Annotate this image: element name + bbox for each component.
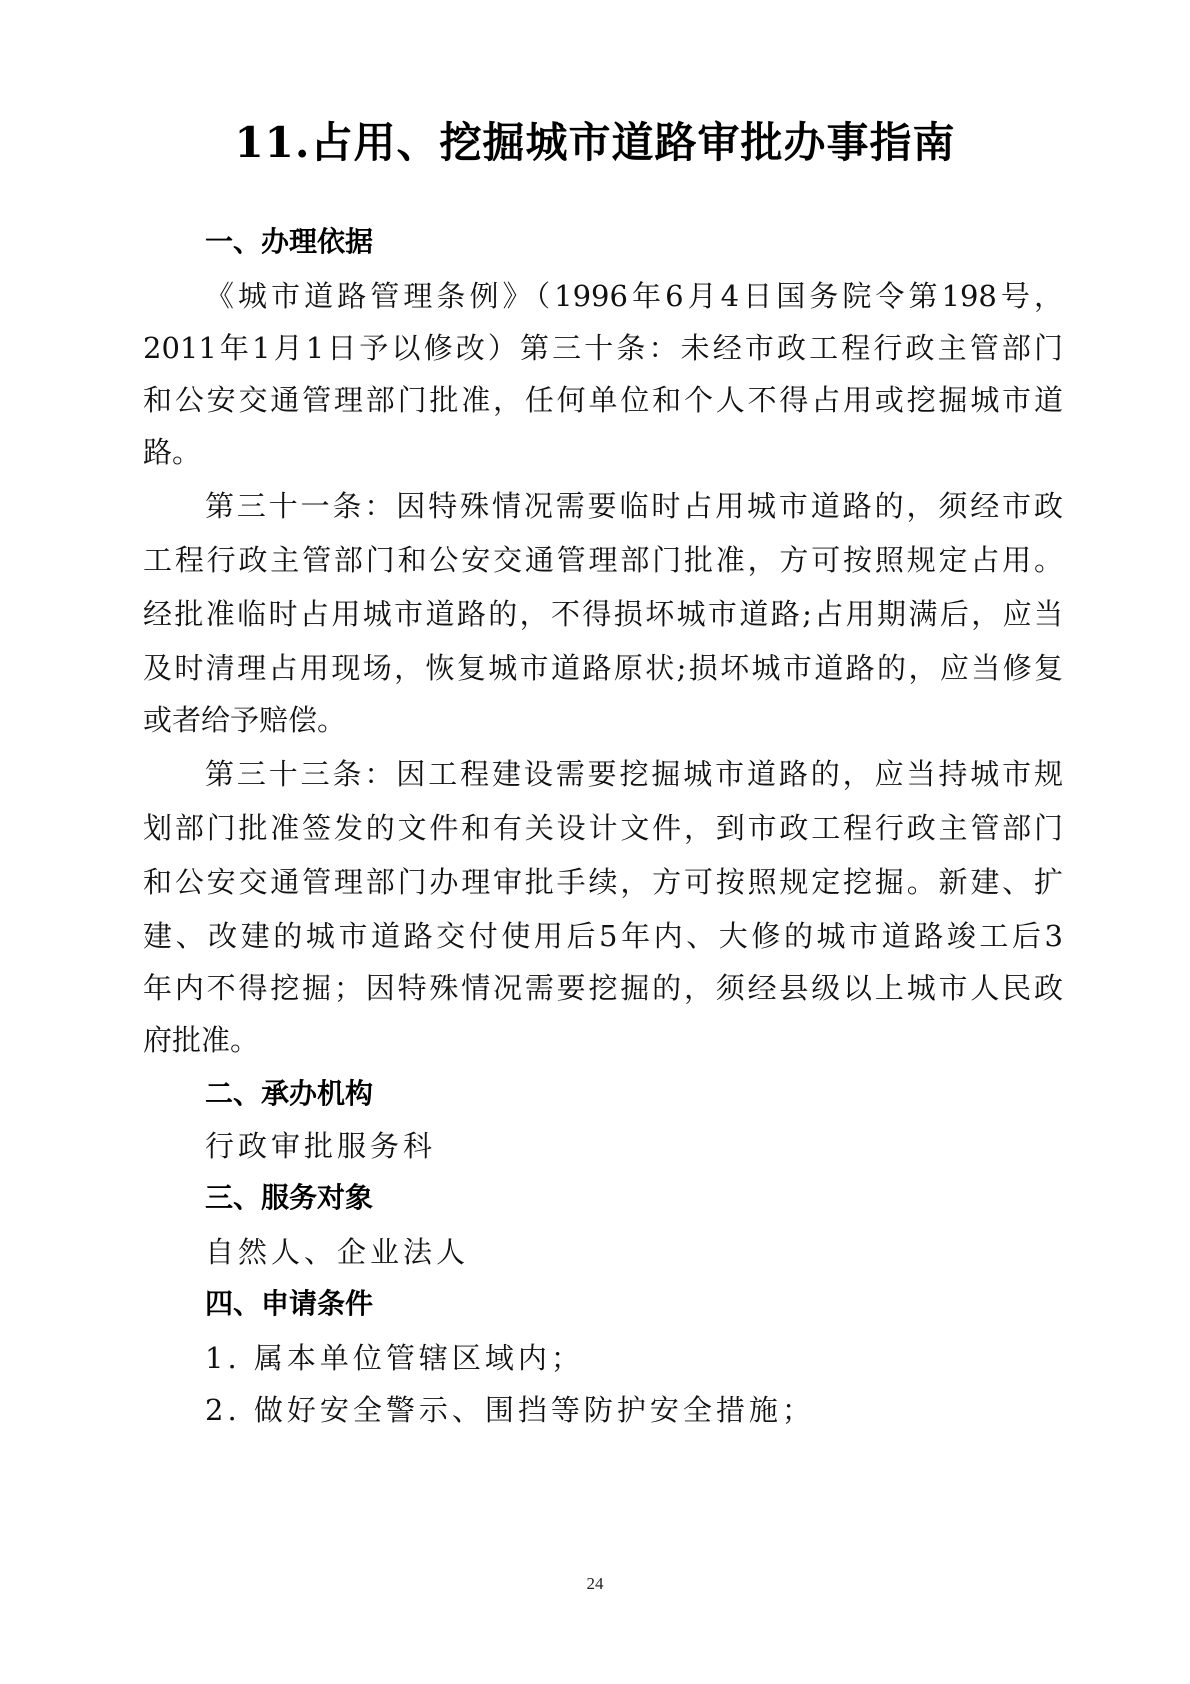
paragraph-line: 及时清理占用现场，恢复城市道路原状;损坏城市道路的，应当修复 (143, 648, 1063, 688)
paragraph-line: 建、改建的城市道路交付使用后5年内、大修的城市道路竣工后3 (143, 916, 1063, 956)
document-page: 11.占用、挖掘城市道路审批办事指南 一、办理依据 《城市道路管理条例》（199… (0, 0, 1190, 1684)
section-heading-agency: 二、承办机构 (205, 1074, 373, 1114)
agency-text: 行政审批服务科 (205, 1126, 436, 1166)
paragraph-line: 第三十三条：因工程建设需要挖掘城市道路的，应当持城市规 (205, 754, 1063, 794)
paragraph-line: 和公安交通管理部门批准，任何单位和个人不得占用或挖掘城市道 (143, 380, 1063, 420)
paragraph-line: 第三十一条：因特殊情况需要临时占用城市道路的，须经市政 (205, 486, 1063, 526)
paragraph-line: 2011年1月1日予以修改）第三十条：未经市政工程行政主管部门 (143, 328, 1063, 368)
target-text: 自然人、企业法人 (205, 1232, 469, 1272)
condition-item: 2. 做好安全警示、围挡等防护安全措施； (205, 1390, 815, 1430)
paragraph-line: 和公安交通管理部门办理审批手续，方可按照规定挖掘。新建、扩 (143, 862, 1063, 902)
paragraph-line: 路。 (143, 432, 1063, 472)
section-heading-target: 三、服务对象 (205, 1178, 373, 1218)
paragraph-line: 府批准。 (143, 1020, 1063, 1060)
paragraph-line: 年内不得挖掘；因特殊情况需要挖掘的，须经县级以上城市人民政 (143, 968, 1063, 1008)
paragraph-line: 《城市道路管理条例》（1996年6月4日国务院令第198号， (205, 276, 1063, 316)
paragraph-line: 或者给予赔偿。 (143, 700, 1063, 740)
section-heading-basis: 一、办理依据 (205, 222, 373, 262)
section-heading-conditions: 四、申请条件 (205, 1284, 373, 1324)
page-number: 24 (0, 1574, 1190, 1594)
document-title: 11.占用、挖掘城市道路审批办事指南 (0, 110, 1190, 170)
paragraph-line: 经批准临时占用城市道路的，不得损坏城市道路;占用期满后，应当 (143, 594, 1063, 634)
paragraph-line: 工程行政主管部门和公安交通管理部门批准，方可按照规定占用。 (143, 540, 1063, 580)
condition-item: 1. 属本单位管辖区域内； (205, 1338, 584, 1378)
paragraph-line: 划部门批准签发的文件和有关设计文件，到市政工程行政主管部门 (143, 808, 1063, 848)
